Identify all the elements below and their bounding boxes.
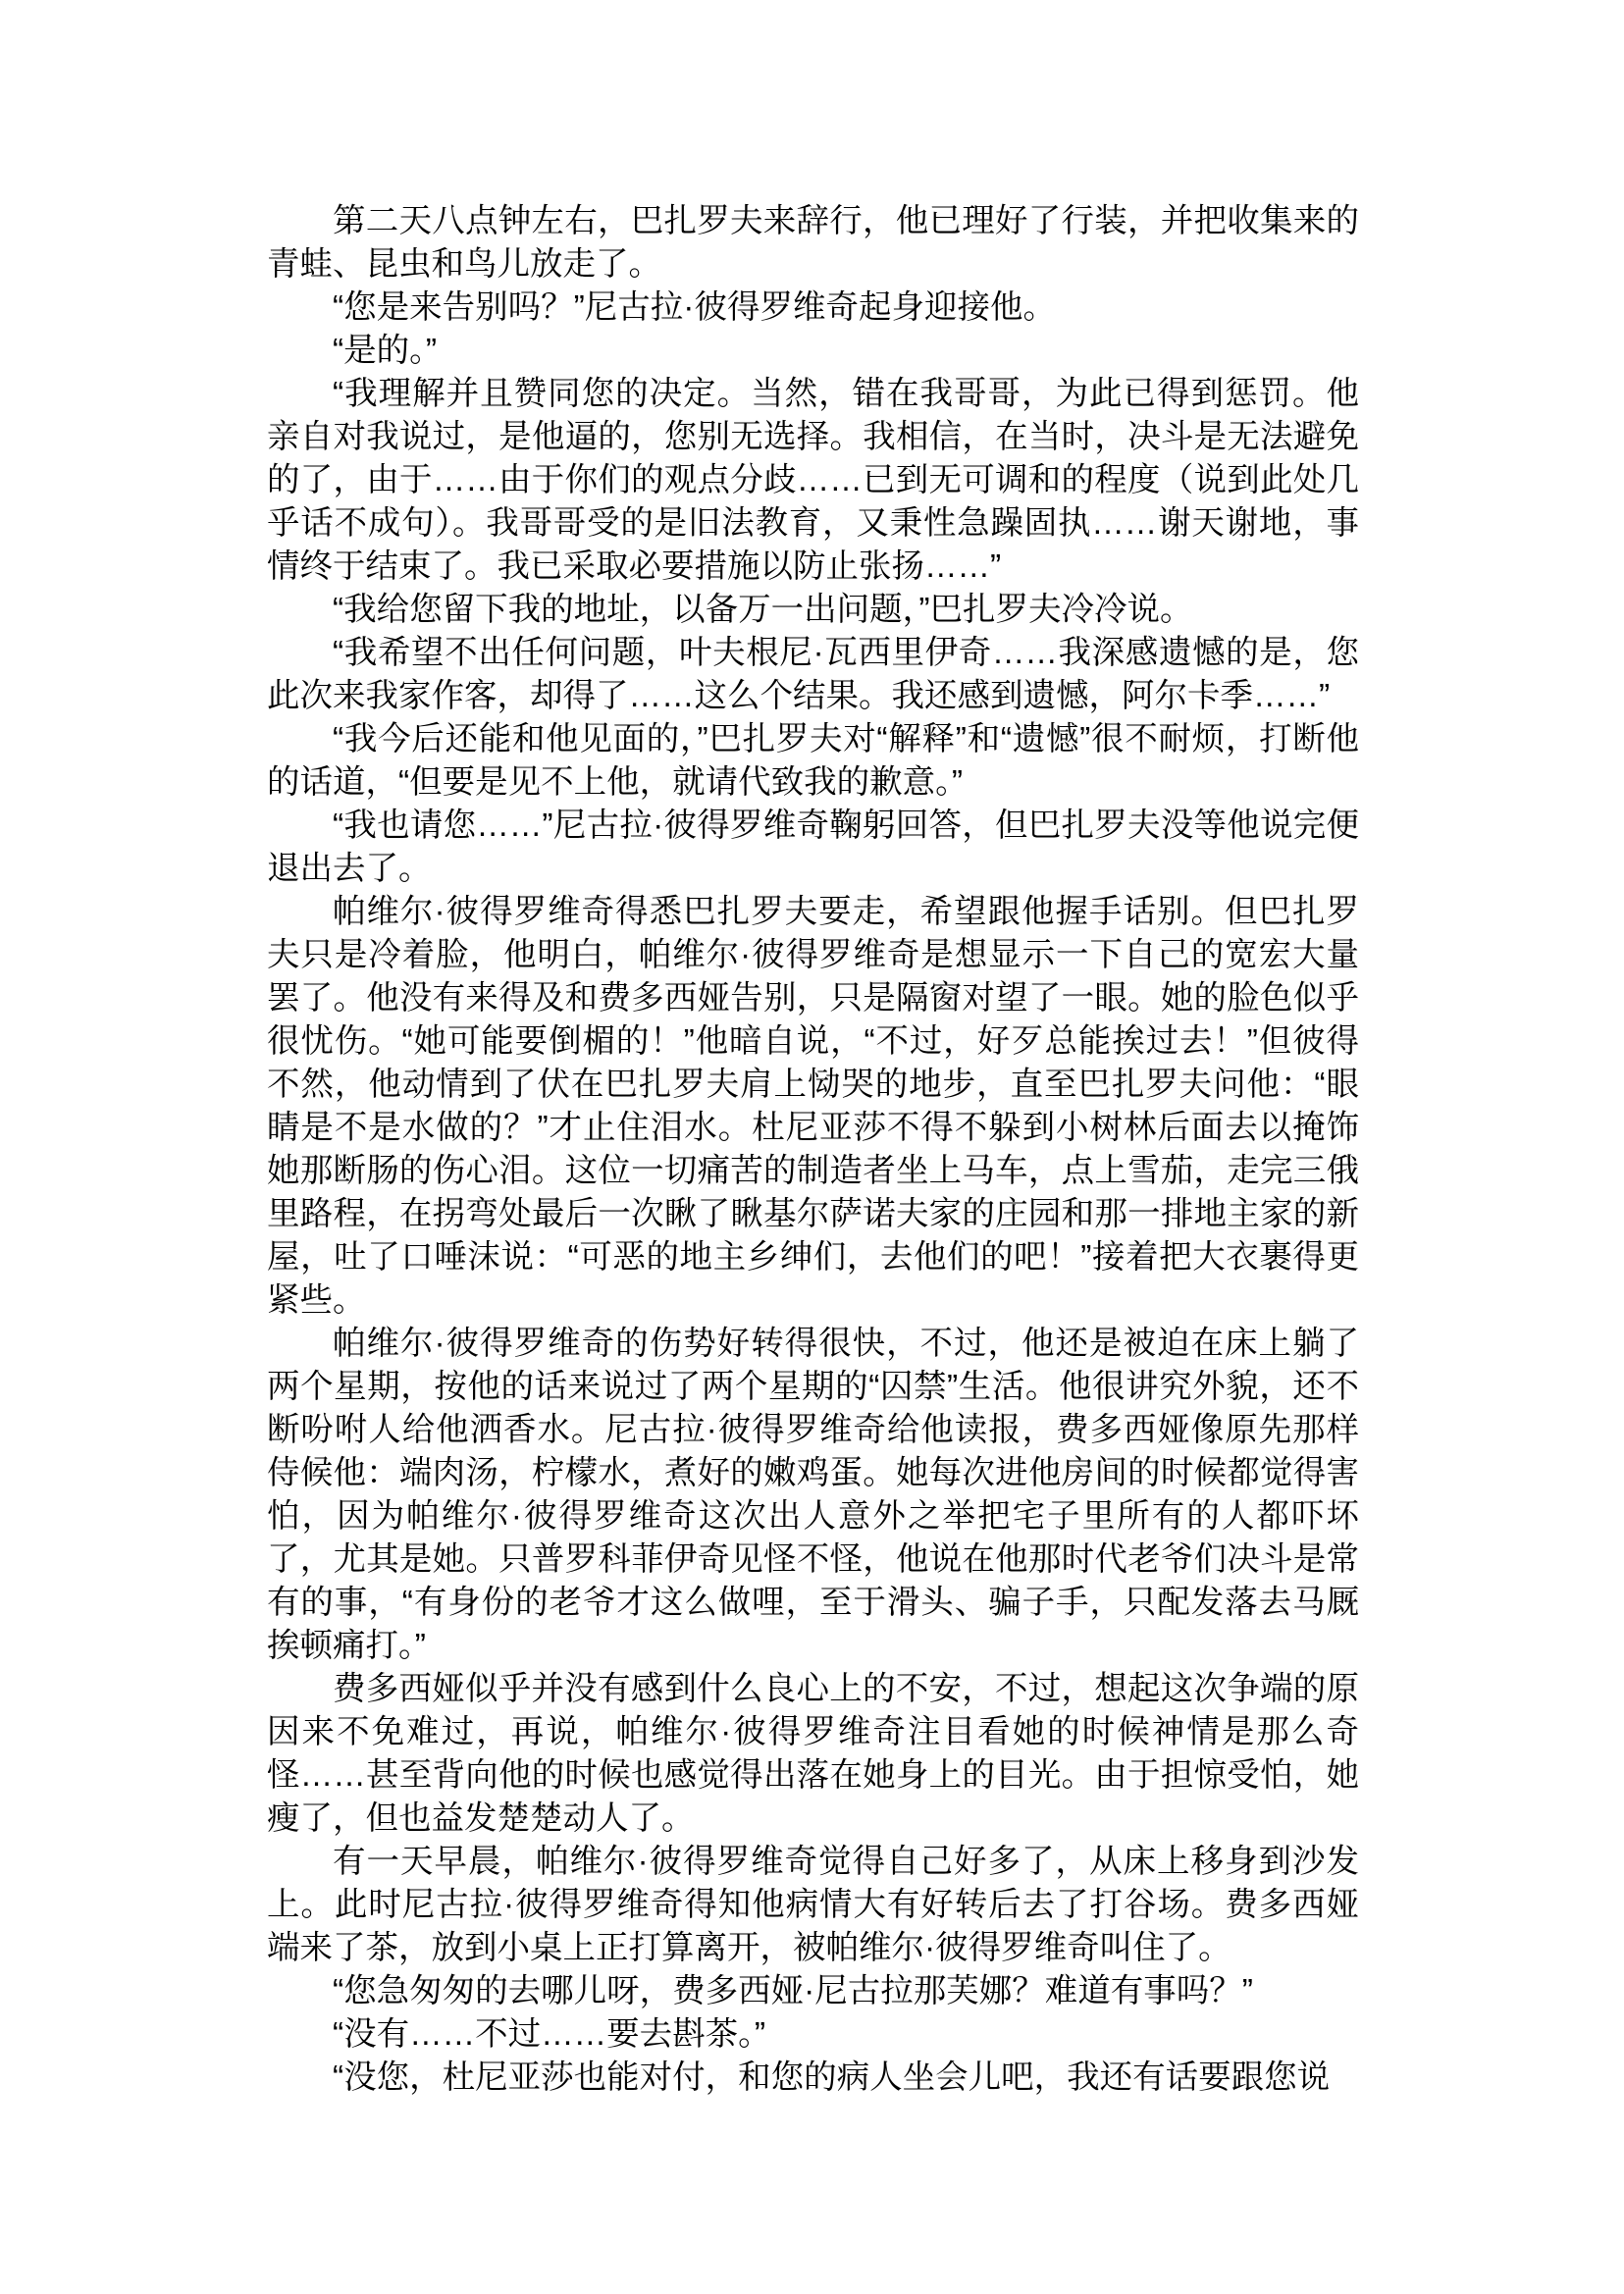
paragraph: 第二天八点钟左右，巴扎罗夫来辞行，他已理好了行装，并把收集来的青蛙、昆虫和鸟儿放…: [267, 200, 1359, 287]
paragraph: “我也请您……”尼古拉·彼得罗维奇鞠躬回答，但巴扎罗夫没等他说完便退出去了。: [267, 805, 1359, 891]
paragraph: 帕维尔·彼得罗维奇的伤势好转得很快，不过，他还是被迫在床上躺了两个星期，按他的话…: [267, 1323, 1359, 1668]
paragraph: “我希望不出任何问题，叶夫根尼·瓦西里伊奇……我深感遗憾的是，您此次来我家作客，…: [267, 632, 1359, 718]
paragraph: “您是来告别吗？”尼古拉·彼得罗维奇起身迎接他。: [267, 287, 1359, 330]
paragraph: “没有……不过……要去斟茶。”: [267, 2013, 1359, 2057]
paragraph: 有一天早晨，帕维尔·彼得罗维奇觉得自己好多了，从床上移身到沙发上。此时尼古拉·彼…: [267, 1841, 1359, 1970]
paragraph: “您急匆匆的去哪儿呀，费多西娅·尼古拉那芙娜？难道有事吗？”: [267, 1970, 1359, 2013]
paragraph: “没您，杜尼亚莎也能对付，和您的病人坐会儿吧，我还有话要跟您说: [267, 2057, 1359, 2100]
paragraph: “我理解并且赞同您的决定。当然，错在我哥哥，为此已得到惩罚。他亲自对我说过，是他…: [267, 373, 1359, 589]
paragraph: “我给您留下我的地址，以备万一出问题，”巴扎罗夫冷冷说。: [267, 589, 1359, 632]
document-page: 第二天八点钟左右，巴扎罗夫来辞行，他已理好了行装，并把收集来的青蛙、昆虫和鸟儿放…: [0, 0, 1624, 2294]
text-block: 第二天八点钟左右，巴扎罗夫来辞行，他已理好了行装，并把收集来的青蛙、昆虫和鸟儿放…: [267, 200, 1359, 2100]
paragraph: 帕维尔·彼得罗维奇得悉巴扎罗夫要走，希望跟他握手话别。但巴扎罗夫只是冷着脸，他明…: [267, 891, 1359, 1323]
paragraph: 费多西娅似乎并没有感到什么良心上的不安，不过，想起这次争端的原因来不免难过，再说…: [267, 1668, 1359, 1841]
paragraph: “我今后还能和他见面的，”巴扎罗夫对“解释”和“遗憾”很不耐烦，打断他的话道，“…: [267, 718, 1359, 805]
paragraph: “是的。”: [267, 330, 1359, 373]
